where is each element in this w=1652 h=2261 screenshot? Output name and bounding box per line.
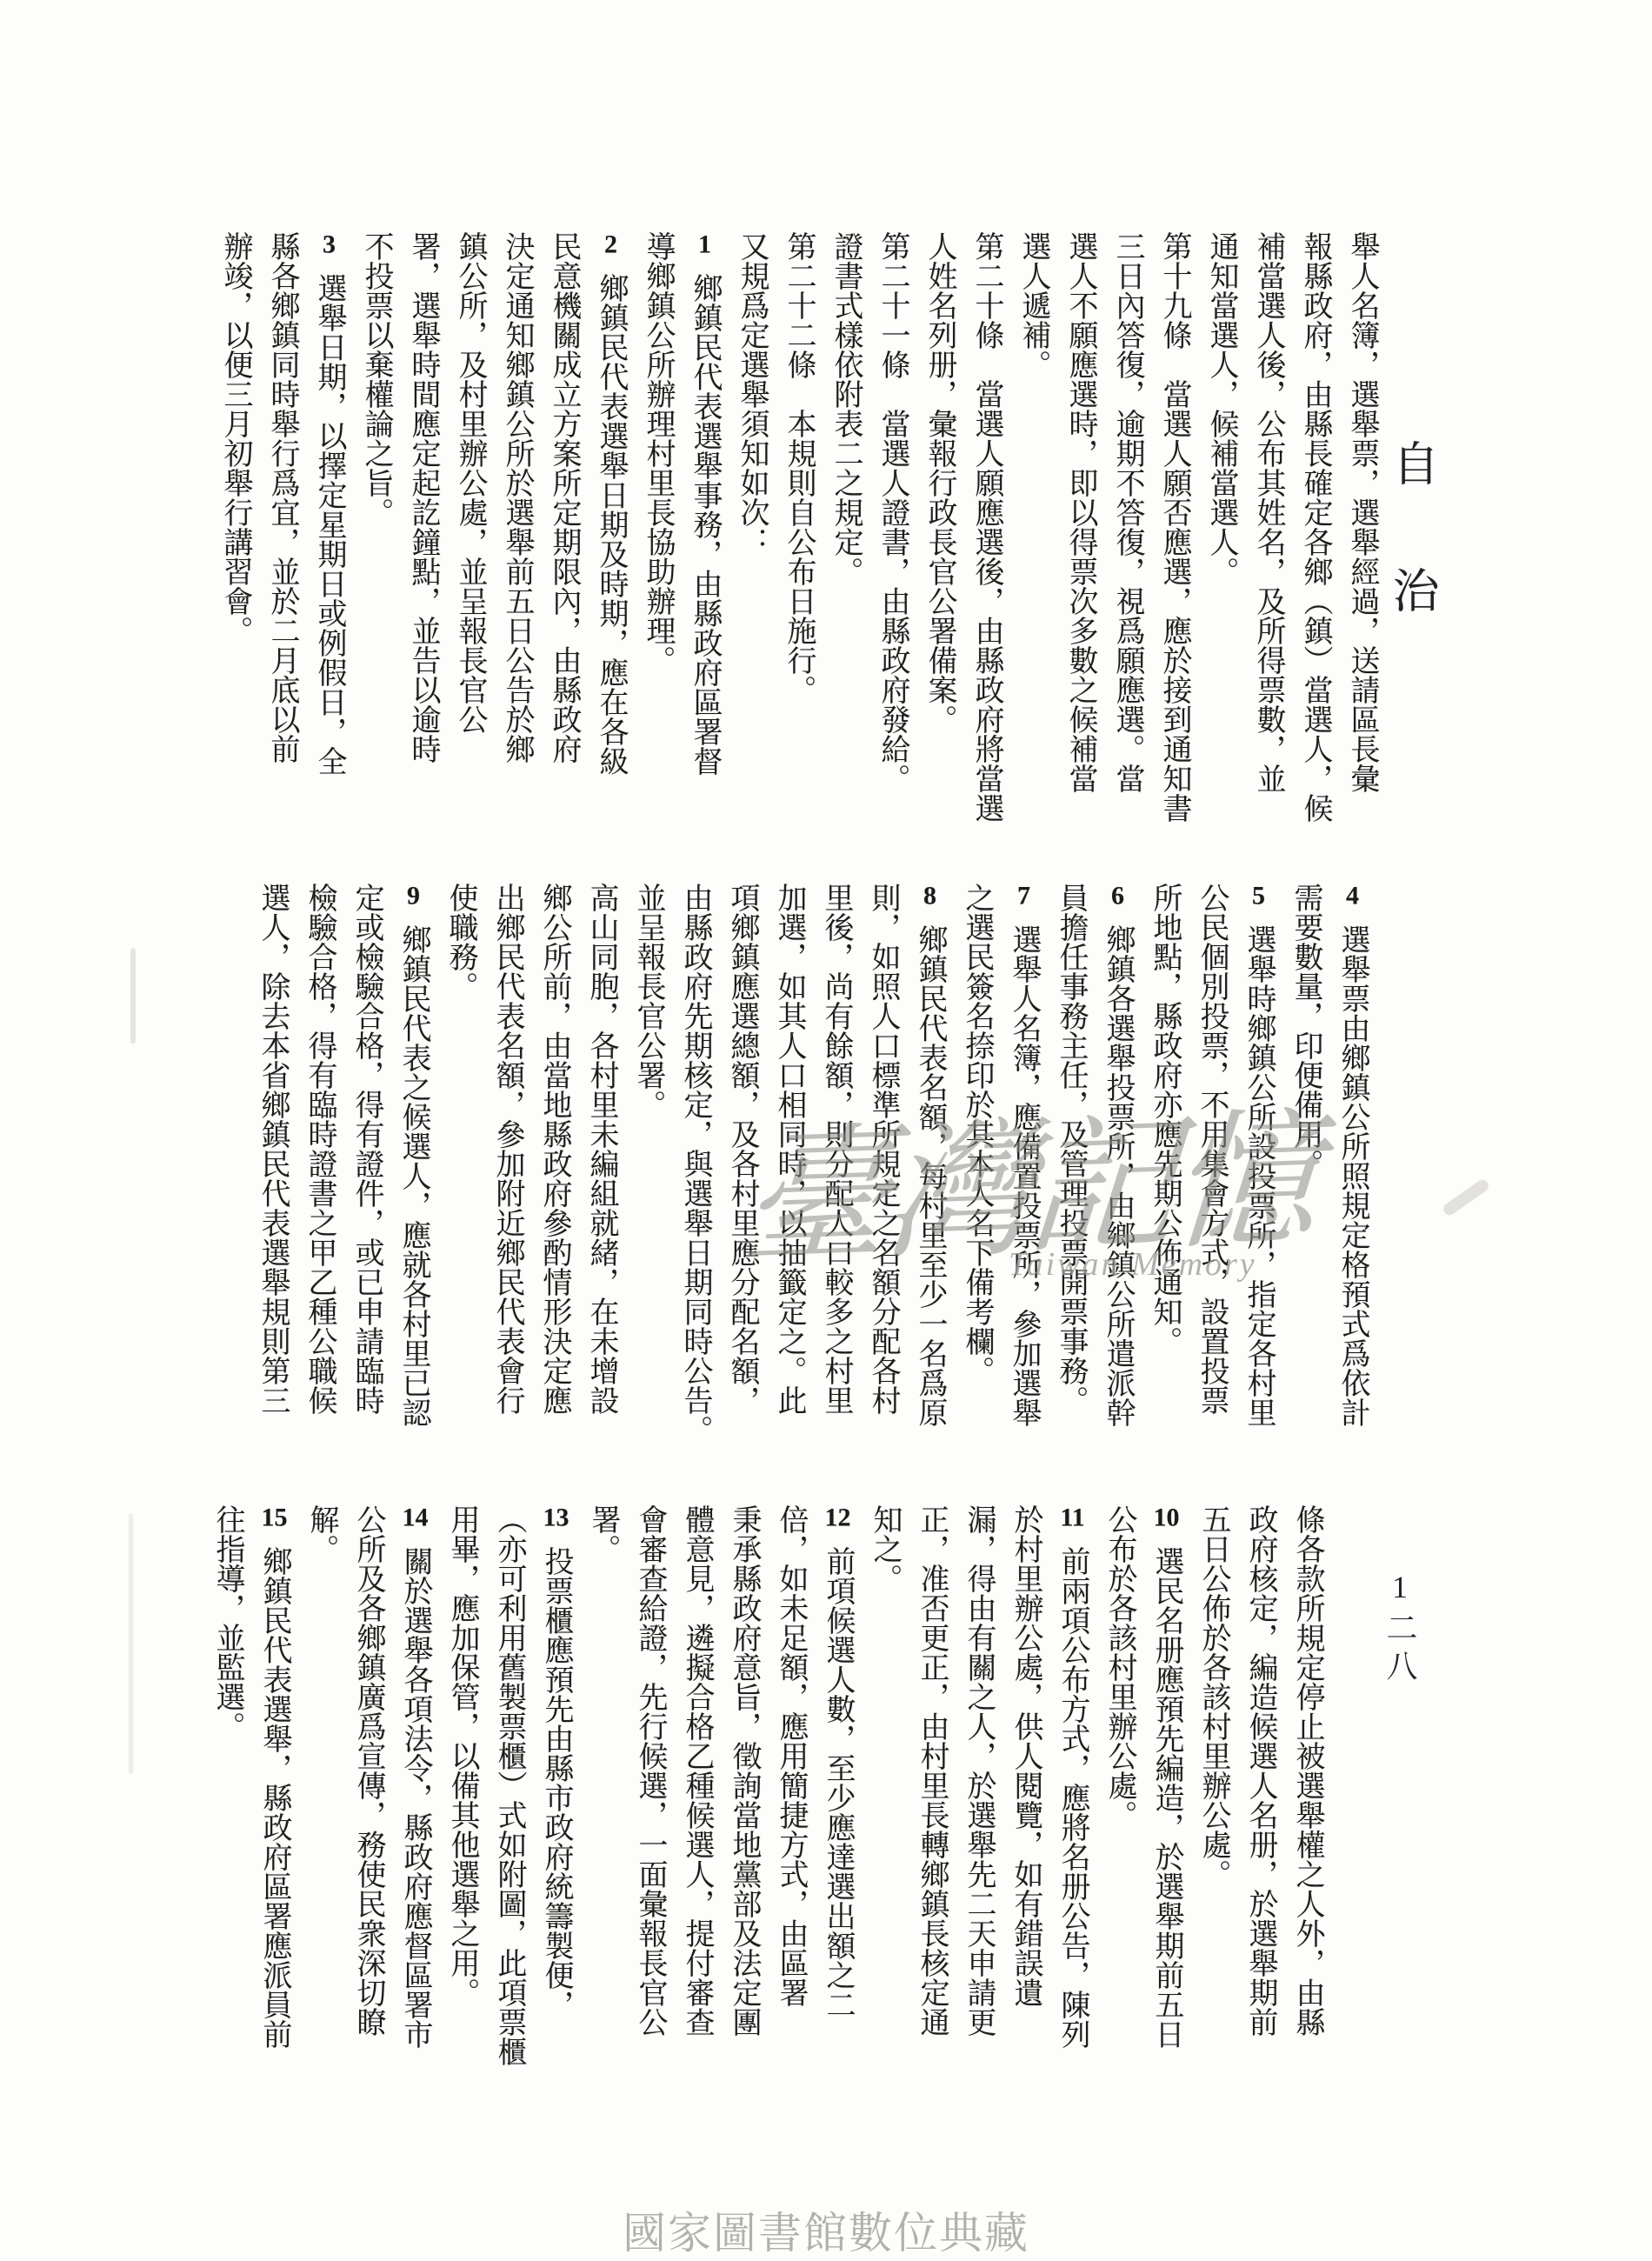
text-column: 舉人名簿，選舉票，選舉經過，送請區長彙: [1347, 231, 1376, 831]
column-text: 署，選舉時間應定起訖鐘點，並告以逾時: [407, 231, 439, 764]
text-column: 用畢，應加保管，以備其他選舉之用。: [447, 1504, 476, 2104]
text-column: 又規爲定選舉須知如次：: [736, 231, 766, 831]
column-text: 民意機關成立方案所定期限內，由縣政府: [548, 231, 580, 764]
column-text: 鎮公所，及村里辦公處，並呈報長官公: [454, 231, 486, 734]
column-text: 於村里辦公處，供人閱覽，如有錯誤遺: [1009, 1504, 1042, 2007]
column-text: 五日公佈於各該村里辦公處。: [1197, 1504, 1229, 1889]
text-column: 補當選人後，公布其姓名，及所得票數，並: [1253, 231, 1282, 831]
column-text: 秉承縣政府意旨，徵詢當地黨部及法定團: [728, 1504, 760, 2037]
item-number: 7: [1009, 883, 1038, 909]
library-archive-stamp: 國家圖書館數位典藏: [0, 2198, 1652, 2261]
scan-smudge: [129, 1513, 133, 1774]
text-column: 署，選舉時間應定起訖鐘點，並告以逾時: [408, 231, 437, 831]
column-text: 又規爲定選舉須知如次：: [736, 231, 768, 557]
column-text: 鄉鎮民代表選舉，縣政府區署應派員前: [258, 1546, 290, 2049]
text-column: 體意見，遴擬合格乙種候選人，提付審查: [682, 1504, 711, 2104]
item-number: 11: [1058, 1504, 1087, 1531]
column-text: 第二十條 當選人願應選後，由縣政府將當選: [970, 231, 1003, 823]
text-column: 選人不願應選時，即以得票次多數之候補當: [1065, 231, 1095, 831]
text-column: 5選舉時鄉鎮公所設投票所，指定各村里: [1243, 883, 1273, 1483]
text-band-bottom: 條各款所規定停止被選舉權之人外，由縣政府核定，編造候選人名册，於選舉期前五日公佈…: [212, 1504, 1322, 2104]
text-column: 1鄉鎮民代表選舉事務，由縣政府區署督: [689, 231, 719, 831]
column-text: 高山同胞，各村里未編組就緒，在未增設: [585, 883, 617, 1415]
column-text: 決定通知鄉鎮公所於選舉前五日公告於鄉: [501, 231, 533, 764]
text-column: 項鄉鎮應選總額，及各村里應分配名額，: [727, 883, 756, 1483]
text-column: 選人遞補。: [1018, 231, 1048, 831]
column-text: 解。: [305, 1504, 337, 1564]
text-column: 公民個別投票，不用集會方式，設置投票: [1196, 883, 1226, 1483]
margin-section-label: 自治: [1379, 439, 1446, 693]
column-text: 倍，如未足額，應用簡捷方式，由區署: [775, 1504, 807, 2007]
text-column: 高山同胞，各村里未編組就緒，在未增設: [586, 883, 616, 1483]
column-text: 公民個別投票，不用集會方式，設置投票: [1196, 883, 1228, 1415]
text-column: 解。: [306, 1504, 336, 2104]
text-column: 並呈報長官公署。: [633, 883, 663, 1483]
text-column: （亦可利用舊製票櫃）式如附圖，此項票櫃: [494, 1504, 523, 2104]
column-text: 並呈報長官公署。: [632, 883, 664, 1119]
text-column: 3選舉日期，以擇定星期日或例假日，全: [314, 231, 343, 831]
text-column: 漏，得由有關之人，於選舉先二天申請更: [963, 1504, 993, 2104]
text-column: 選人，除去本省鄉鎮民代表選舉規則第三: [257, 883, 287, 1483]
text-column: 11前兩項公布方式，應將名册公告，陳列: [1057, 1504, 1087, 2104]
text-column: 加選，如其人口相同時，以抽籤定之。此: [774, 883, 803, 1483]
column-text: 往指導，並監選。: [211, 1504, 243, 1741]
text-column: 縣各鄉鎮同時舉行爲宜，並於二月底以前: [267, 231, 296, 831]
item-number: 1: [690, 231, 719, 257]
text-column: 員擔任事務主任，及管理投票開票事務。: [1056, 883, 1085, 1483]
text-column: 使職務。: [445, 883, 475, 1483]
text-column: 條各款所規定停止被選舉權之人外，由縣: [1292, 1504, 1322, 2104]
column-text: 定或檢驗合格，得有證件，或已申請臨時: [350, 883, 383, 1415]
item-number: 15: [260, 1504, 289, 1531]
item-number: 4: [1338, 883, 1367, 909]
text-column: 15鄉鎮民代表選舉，縣政府區署應派員前: [259, 1504, 289, 2104]
text-column: 13投票櫃應預先由縣市政府統籌製便，: [541, 1504, 570, 2104]
text-column: 證書式樣依附表二之規定。: [830, 231, 860, 831]
column-text: 第十九條 當選人願否應選，應於接到通知書: [1158, 231, 1190, 823]
text-column: 會審查給證，先行候選，一面彙報長官公: [635, 1504, 664, 2104]
text-column: 政府核定，編造候選人名册，於選舉期前: [1245, 1504, 1275, 2104]
column-text: 鄉公所前，由當地縣政府參酌情形決定應: [538, 883, 570, 1415]
item-number: 2: [596, 231, 625, 257]
column-text: 第二十二條 本規則自公布日施行。: [783, 231, 815, 704]
column-text: 人姓名列册，彙報行政長官公署備案。: [923, 231, 956, 734]
column-text: 選舉人名簿，應備置投票所，參加選舉: [1008, 924, 1040, 1427]
column-text: 鄉鎮各選舉投票所，由鄉鎮公所遣派幹: [1102, 924, 1134, 1427]
column-text: 項鄉鎮應選總額，及各村里應分配名額，: [726, 883, 758, 1415]
text-column: 人姓名列册，彙報行政長官公署備案。: [924, 231, 954, 831]
column-text: 報縣政府，由縣長確定各鄉（鎮）當選人，候: [1299, 231, 1331, 823]
column-text: 舉人名簿，選舉票，選舉經過，送請區長彙: [1346, 231, 1378, 793]
item-number: 12: [823, 1504, 852, 1531]
column-text: 不投票以棄權論之旨。: [360, 231, 392, 527]
column-text: 之選民簽名捺印於其本人名下備考欄。: [961, 883, 993, 1385]
column-text: 投票櫃應預先由縣市政府統籌製便，: [540, 1546, 572, 2019]
text-column: 所地點，縣政府亦應先期公佈通知。: [1149, 883, 1179, 1483]
text-column: 署。: [588, 1504, 617, 2104]
column-text: 關於選舉各項法令，縣政府應督區署市: [399, 1546, 431, 2049]
column-text: 員擔任事務主任，及管理投票開票事務。: [1055, 883, 1087, 1415]
text-column: 三日內答復，逾期不答復，視爲願應選。當: [1112, 231, 1142, 831]
scan-smudge: [1441, 1177, 1490, 1217]
text-column: 之選民簽名捺印於其本人名下備考欄。: [962, 883, 991, 1483]
item-number: 13: [542, 1504, 570, 1531]
text-column: 檢驗合格，得有臨時證書之甲乙種公職候: [304, 883, 334, 1483]
column-text: 選舉時鄉鎮公所設投票所，指定各村里: [1242, 924, 1275, 1427]
item-number: 10: [1152, 1504, 1181, 1531]
text-column: 正，准否更正，由村里長轉鄉鎮長核定通: [916, 1504, 946, 2104]
text-column: 14關於選舉各項法令，縣政府應督區署市: [400, 1504, 430, 2104]
text-column: 6鄉鎮各選舉投票所，由鄉鎮公所遣派幹: [1102, 883, 1132, 1483]
column-text: 第二十一條 當選人證書，由縣政府發給。: [876, 231, 909, 793]
text-column: 通知當選人，候補當選人。: [1206, 231, 1236, 831]
item-number: 3: [315, 231, 343, 257]
column-text: 則，如照人口標準所規定之名額分配各村: [867, 883, 899, 1415]
column-text: 選人遞補。: [1017, 231, 1049, 379]
text-column: 4選舉票由鄉鎮公所照規定格預式爲依計: [1337, 883, 1367, 1483]
column-text: 選人，除去本省鄉鎮民代表選舉規則第三: [256, 883, 289, 1415]
text-column: 五日公佈於各該村里辦公處。: [1198, 1504, 1228, 2104]
text-column: 不投票以棄權論之旨。: [361, 231, 390, 831]
text-band-middle: 4選舉票由鄉鎮公所照規定格預式爲依計需要數量，印便備用。5選舉時鄉鎮公所設投票所…: [257, 883, 1367, 1483]
text-column: 里後，尚有餘額，則分配人口較多之村里: [821, 883, 850, 1483]
column-text: 縣各鄉鎮同時舉行爲宜，並於二月底以前: [266, 231, 298, 764]
text-column: 辦竣，以便三月初舉行講習會。: [220, 231, 250, 831]
scan-smudge: [130, 948, 136, 1044]
column-text: 證書式樣依附表二之規定。: [829, 231, 862, 586]
column-text: 正，准否更正，由村里長轉鄉鎮長核定通: [916, 1504, 948, 2037]
text-column: 10選民名册應預先編造，於選舉期前五日: [1151, 1504, 1181, 2104]
column-text: 用畢，應加保管，以備其他選舉之用。: [446, 1504, 478, 2007]
column-text: 漏，得由有關之人，於選舉先二天申請更: [963, 1504, 995, 2037]
text-band-top: 舉人名簿，選舉票，選舉經過，送請區長彙報縣政府，由縣長確定各鄉（鎮）當選人，候補…: [220, 231, 1376, 831]
text-column: 第二十二條 本規則自公布日施行。: [783, 231, 813, 831]
text-column: 民意機關成立方案所定期限內，由縣政府: [549, 231, 578, 831]
text-column: 需要數量，印便備用。: [1290, 883, 1320, 1483]
column-text: 由縣政府先期核定，與選舉日期同時公告。: [679, 883, 711, 1444]
column-text: （亦可利用舊製票櫃）式如附圖，此項票櫃: [493, 1504, 525, 2066]
margin-page-number: 1二八: [1378, 1570, 1422, 1688]
column-text: 鄉鎮民代表名額，每村里至少一名爲原: [914, 924, 946, 1427]
column-text: 需要數量，印便備用。: [1289, 883, 1322, 1178]
text-column: 倍，如未足額，應用簡捷方式，由區署: [776, 1504, 805, 2104]
column-text: 三日內答復，逾期不答復，視爲願應選。當: [1111, 231, 1143, 793]
item-number: 9: [399, 883, 428, 909]
item-number: 8: [916, 883, 944, 909]
column-text: 會審查給證，先行候選，一面彙報長官公: [634, 1504, 666, 2037]
item-number: 14: [401, 1504, 430, 1531]
item-number: 5: [1244, 883, 1273, 909]
column-text: 補當選人後，公布其姓名，及所得票數，並: [1252, 231, 1284, 793]
column-text: 導鄉鎮公所辦理村里長協助辦理。: [642, 231, 674, 675]
column-text: 出鄉民代表名額，參加附近鄉民代表會行: [491, 883, 523, 1415]
column-text: 鄉鎮民代表之候選人，應就各村里已認: [397, 924, 430, 1427]
column-text: 署。: [587, 1504, 619, 1564]
text-column: 2鄉鎮民代表選舉日期及時期，應在各級: [596, 231, 625, 831]
text-column: 9鄉鎮民代表之候選人，應就各村里已認: [398, 883, 428, 1483]
column-text: 通知當選人，候補當選人。: [1205, 231, 1237, 586]
column-text: 體意見，遴擬合格乙種候選人，提付審查: [681, 1504, 713, 2037]
text-column: 決定通知鄉鎮公所於選舉前五日公告於鄉: [502, 231, 531, 831]
text-column: 出鄉民代表名額，參加附近鄉民代表會行: [492, 883, 522, 1483]
text-column: 鄉公所前，由當地縣政府參酌情形決定應: [539, 883, 569, 1483]
column-text: 選人不願應選時，即以得票次多數之候補當: [1064, 231, 1096, 793]
column-text: 前項候選人數，至少應達選出額之二: [822, 1546, 854, 2019]
column-text: 條各款所規定停止被選舉權之人外，由縣: [1291, 1504, 1323, 2037]
column-text: 里後，尚有餘額，則分配人口較多之村里: [820, 883, 852, 1415]
text-column: 公所及各鄉鎮廣爲宣傳，務使民衆深切瞭: [353, 1504, 383, 2104]
column-text: 加選，如其人口相同時，以抽籤定之。此: [773, 883, 805, 1415]
text-column: 定或檢驗合格，得有證件，或已申請臨時: [351, 883, 381, 1483]
column-text: 使職務。: [444, 883, 476, 1001]
column-text: 前兩項公布方式，應將名册公告，陳列: [1056, 1546, 1089, 2049]
text-column: 由縣政府先期核定，與選舉日期同時公告。: [680, 883, 709, 1483]
text-column: 秉承縣政府意旨，徵詢當地黨部及法定團: [729, 1504, 758, 2104]
text-column: 報縣政府，由縣長確定各鄉（鎮）當選人，候: [1300, 231, 1329, 831]
column-text: 鄉鎮民代表選舉事務，由縣政府區署督: [689, 273, 721, 776]
column-text: 公所及各鄉鎮廣爲宣傳，務使民衆深切瞭: [352, 1504, 384, 2037]
text-column: 第二十條 當選人願應選後，由縣政府將當選: [971, 231, 1001, 831]
text-column: 7選舉人名簿，應備置投票所，參加選舉: [1009, 883, 1038, 1483]
item-number: 6: [1103, 883, 1132, 909]
text-column: 則，如照人口標準所規定之名額分配各村: [868, 883, 897, 1483]
text-column: 12前項候選人數，至少應達選出額之二: [823, 1504, 852, 2104]
column-text: 辦竣，以便三月初舉行講習會。: [219, 231, 251, 645]
text-column: 鎮公所，及村里辦公處，並呈報長官公: [455, 231, 484, 831]
column-text: 選舉日期，以擇定星期日或例假日，全: [313, 273, 345, 776]
column-text: 所地點，縣政府亦應先期公佈通知。: [1149, 883, 1181, 1356]
text-column: 8鄉鎮民代表名額，每村里至少一名爲原: [915, 883, 944, 1483]
text-column: 知之。: [869, 1504, 899, 2104]
column-text: 知之。: [869, 1504, 901, 1593]
text-column: 第十九條 當選人願否應選，應於接到通知書: [1159, 231, 1189, 831]
column-text: 選舉票由鄉鎮公所照規定格預式爲依計: [1336, 924, 1369, 1427]
column-text: 選民名册應預先編造，於選舉期前五日: [1150, 1546, 1182, 2049]
text-column: 於村里辦公處，供人閱覽，如有錯誤遺: [1010, 1504, 1040, 2104]
column-text: 政府核定，編造候選人名册，於選舉期前: [1244, 1504, 1276, 2037]
column-text: 鄉鎮民代表選舉日期及時期，應在各級: [595, 273, 627, 776]
text-column: 公布於各該村里辦公處。: [1104, 1504, 1134, 2104]
column-text: 公布於各該村里辦公處。: [1103, 1504, 1136, 1830]
text-column: 導鄉鎮公所辦理村里長協助辦理。: [643, 231, 672, 831]
column-text: 檢驗合格，得有臨時證書之甲乙種公職候: [303, 883, 336, 1415]
scanned-document-page: 自治 舉人名簿，選舉票，選舉經過，送請區長彙報縣政府，由縣長確定各鄉（鎮）當選人…: [0, 0, 1652, 2261]
text-column: 第二十一條 當選人證書，由縣政府發給。: [877, 231, 907, 831]
text-column: 往指導，並監選。: [212, 1504, 242, 2104]
